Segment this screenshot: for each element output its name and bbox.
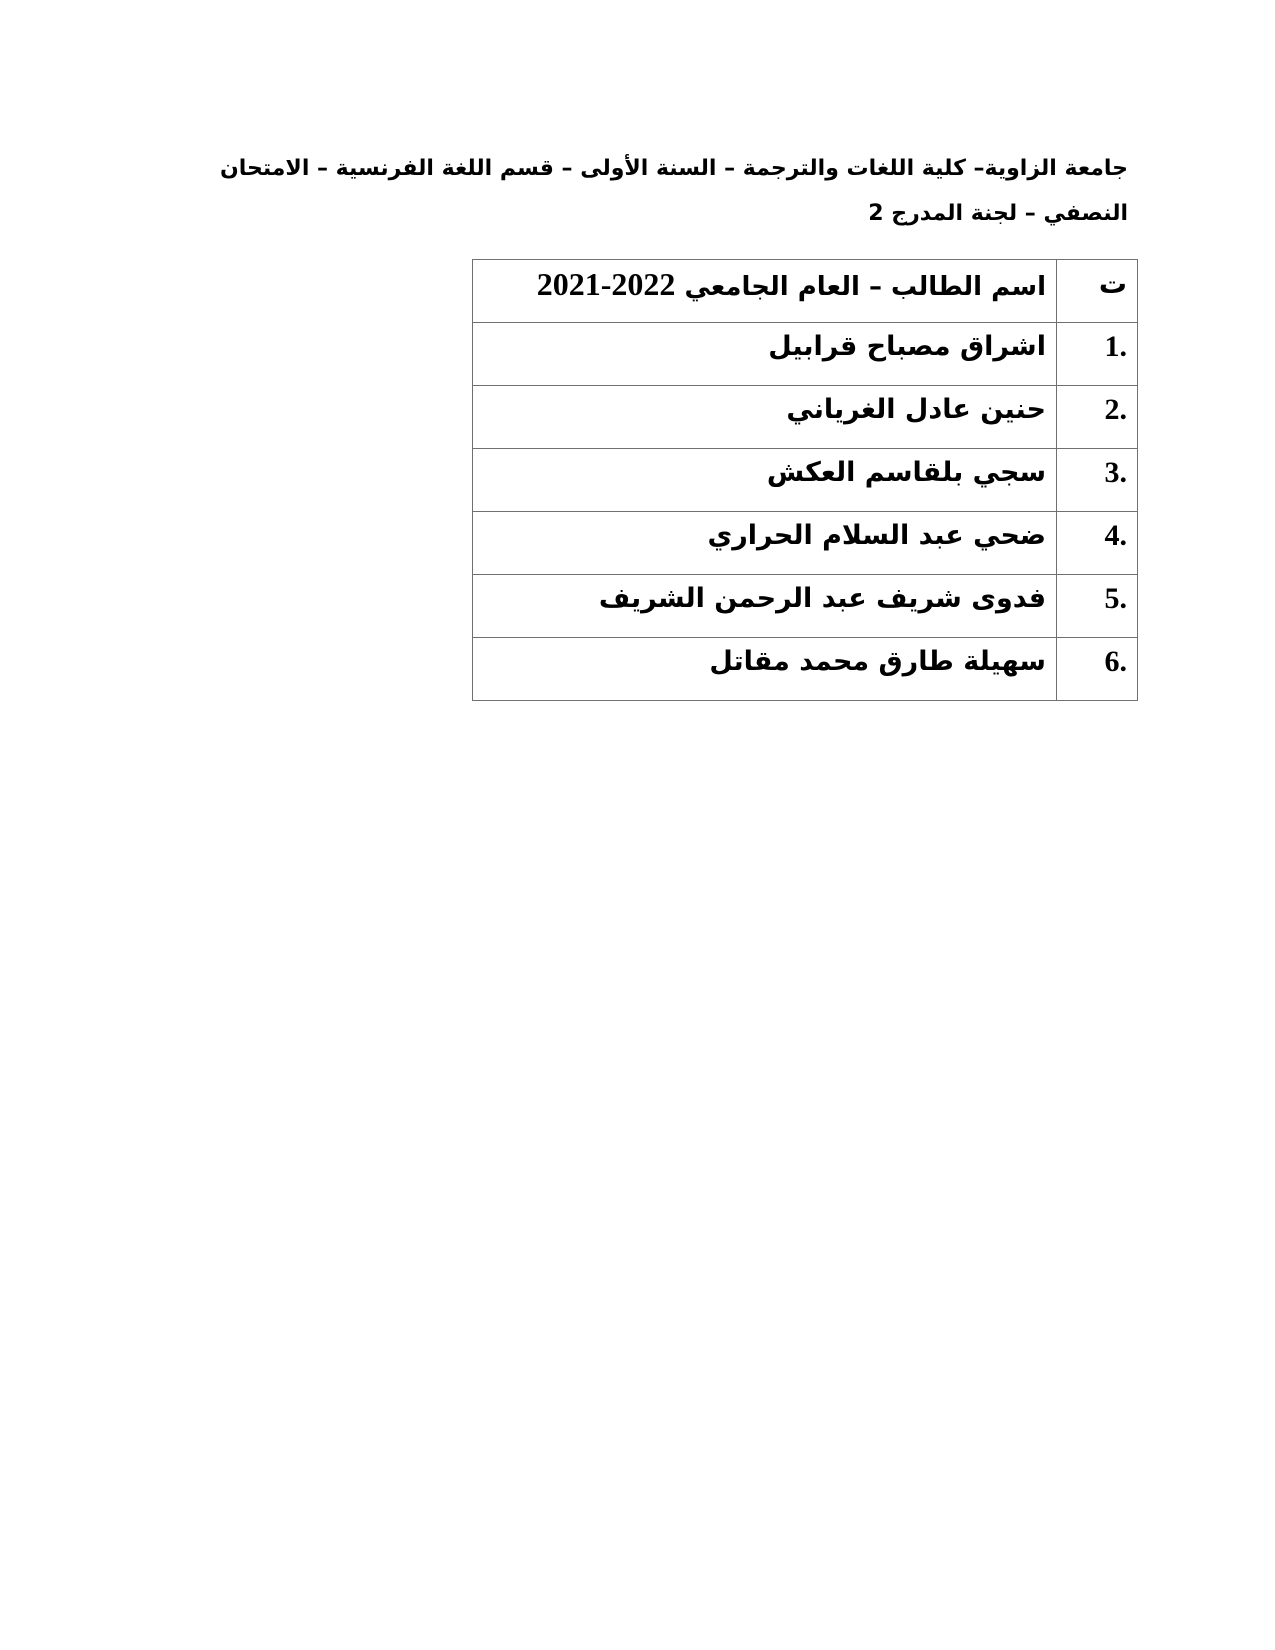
row-number: 6.: [1057, 638, 1138, 701]
heading-line-2: النصفي – لجنة المدرج 2: [200, 191, 1128, 236]
row-number: 1.: [1057, 323, 1138, 386]
academic-year: 2021-2022: [537, 266, 676, 302]
student-name: سهيلة طارق محمد مقاتل: [473, 638, 1057, 701]
student-list-table: ت اسم الطالب – العام الجامعي 2021-2022 1…: [472, 259, 1138, 701]
table-row: 3. سجي بلقاسم العكش: [473, 449, 1138, 512]
table-row: 4. ضحي عبد السلام الحراري: [473, 512, 1138, 575]
table-row: 5. فدوى شريف عبد الرحمن الشريف: [473, 575, 1138, 638]
document-heading: جامعة الزاوية– كلية اللغات والترجمة – ال…: [200, 146, 1128, 236]
heading-line-1: جامعة الزاوية– كلية اللغات والترجمة – ال…: [200, 146, 1128, 191]
student-name: حنين عادل الغرياني: [473, 386, 1057, 449]
student-name: اشراق مصباح قرابيل: [473, 323, 1057, 386]
table-row: 6. سهيلة طارق محمد مقاتل: [473, 638, 1138, 701]
student-name: سجي بلقاسم العكش: [473, 449, 1057, 512]
row-number: 3.: [1057, 449, 1138, 512]
row-number: 5.: [1057, 575, 1138, 638]
table-row: 2. حنين عادل الغرياني: [473, 386, 1138, 449]
row-number: 2.: [1057, 386, 1138, 449]
header-number-column: ت: [1057, 260, 1138, 323]
header-name-column: اسم الطالب – العام الجامعي 2021-2022: [473, 260, 1057, 323]
student-name: ضحي عبد السلام الحراري: [473, 512, 1057, 575]
row-number: 4.: [1057, 512, 1138, 575]
header-name-label: اسم الطالب – العام الجامعي: [684, 272, 1046, 302]
student-name: فدوى شريف عبد الرحمن الشريف: [473, 575, 1057, 638]
table-header-row: ت اسم الطالب – العام الجامعي 2021-2022: [473, 260, 1138, 323]
table-row: 1. اشراق مصباح قرابيل: [473, 323, 1138, 386]
